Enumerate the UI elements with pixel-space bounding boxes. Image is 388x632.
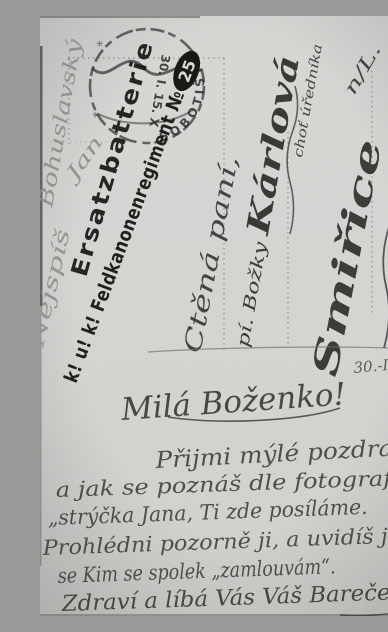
postcard-canvas: 30. I. 15. X SOBOTIŠTE ✳ ✳ Ersatzbatteri… — [40, 16, 388, 616]
date-annotation: 30.-I. — [353, 356, 388, 377]
postcard-photo: 30. I. 15. X SOBOTIŠTE ✳ ✳ Ersatzbatteri… — [40, 16, 388, 616]
postmark-star-bottom: ✳ — [92, 111, 100, 121]
postmark-star-top: ✳ — [96, 40, 104, 50]
scan-edge-top — [40, 16, 200, 18]
